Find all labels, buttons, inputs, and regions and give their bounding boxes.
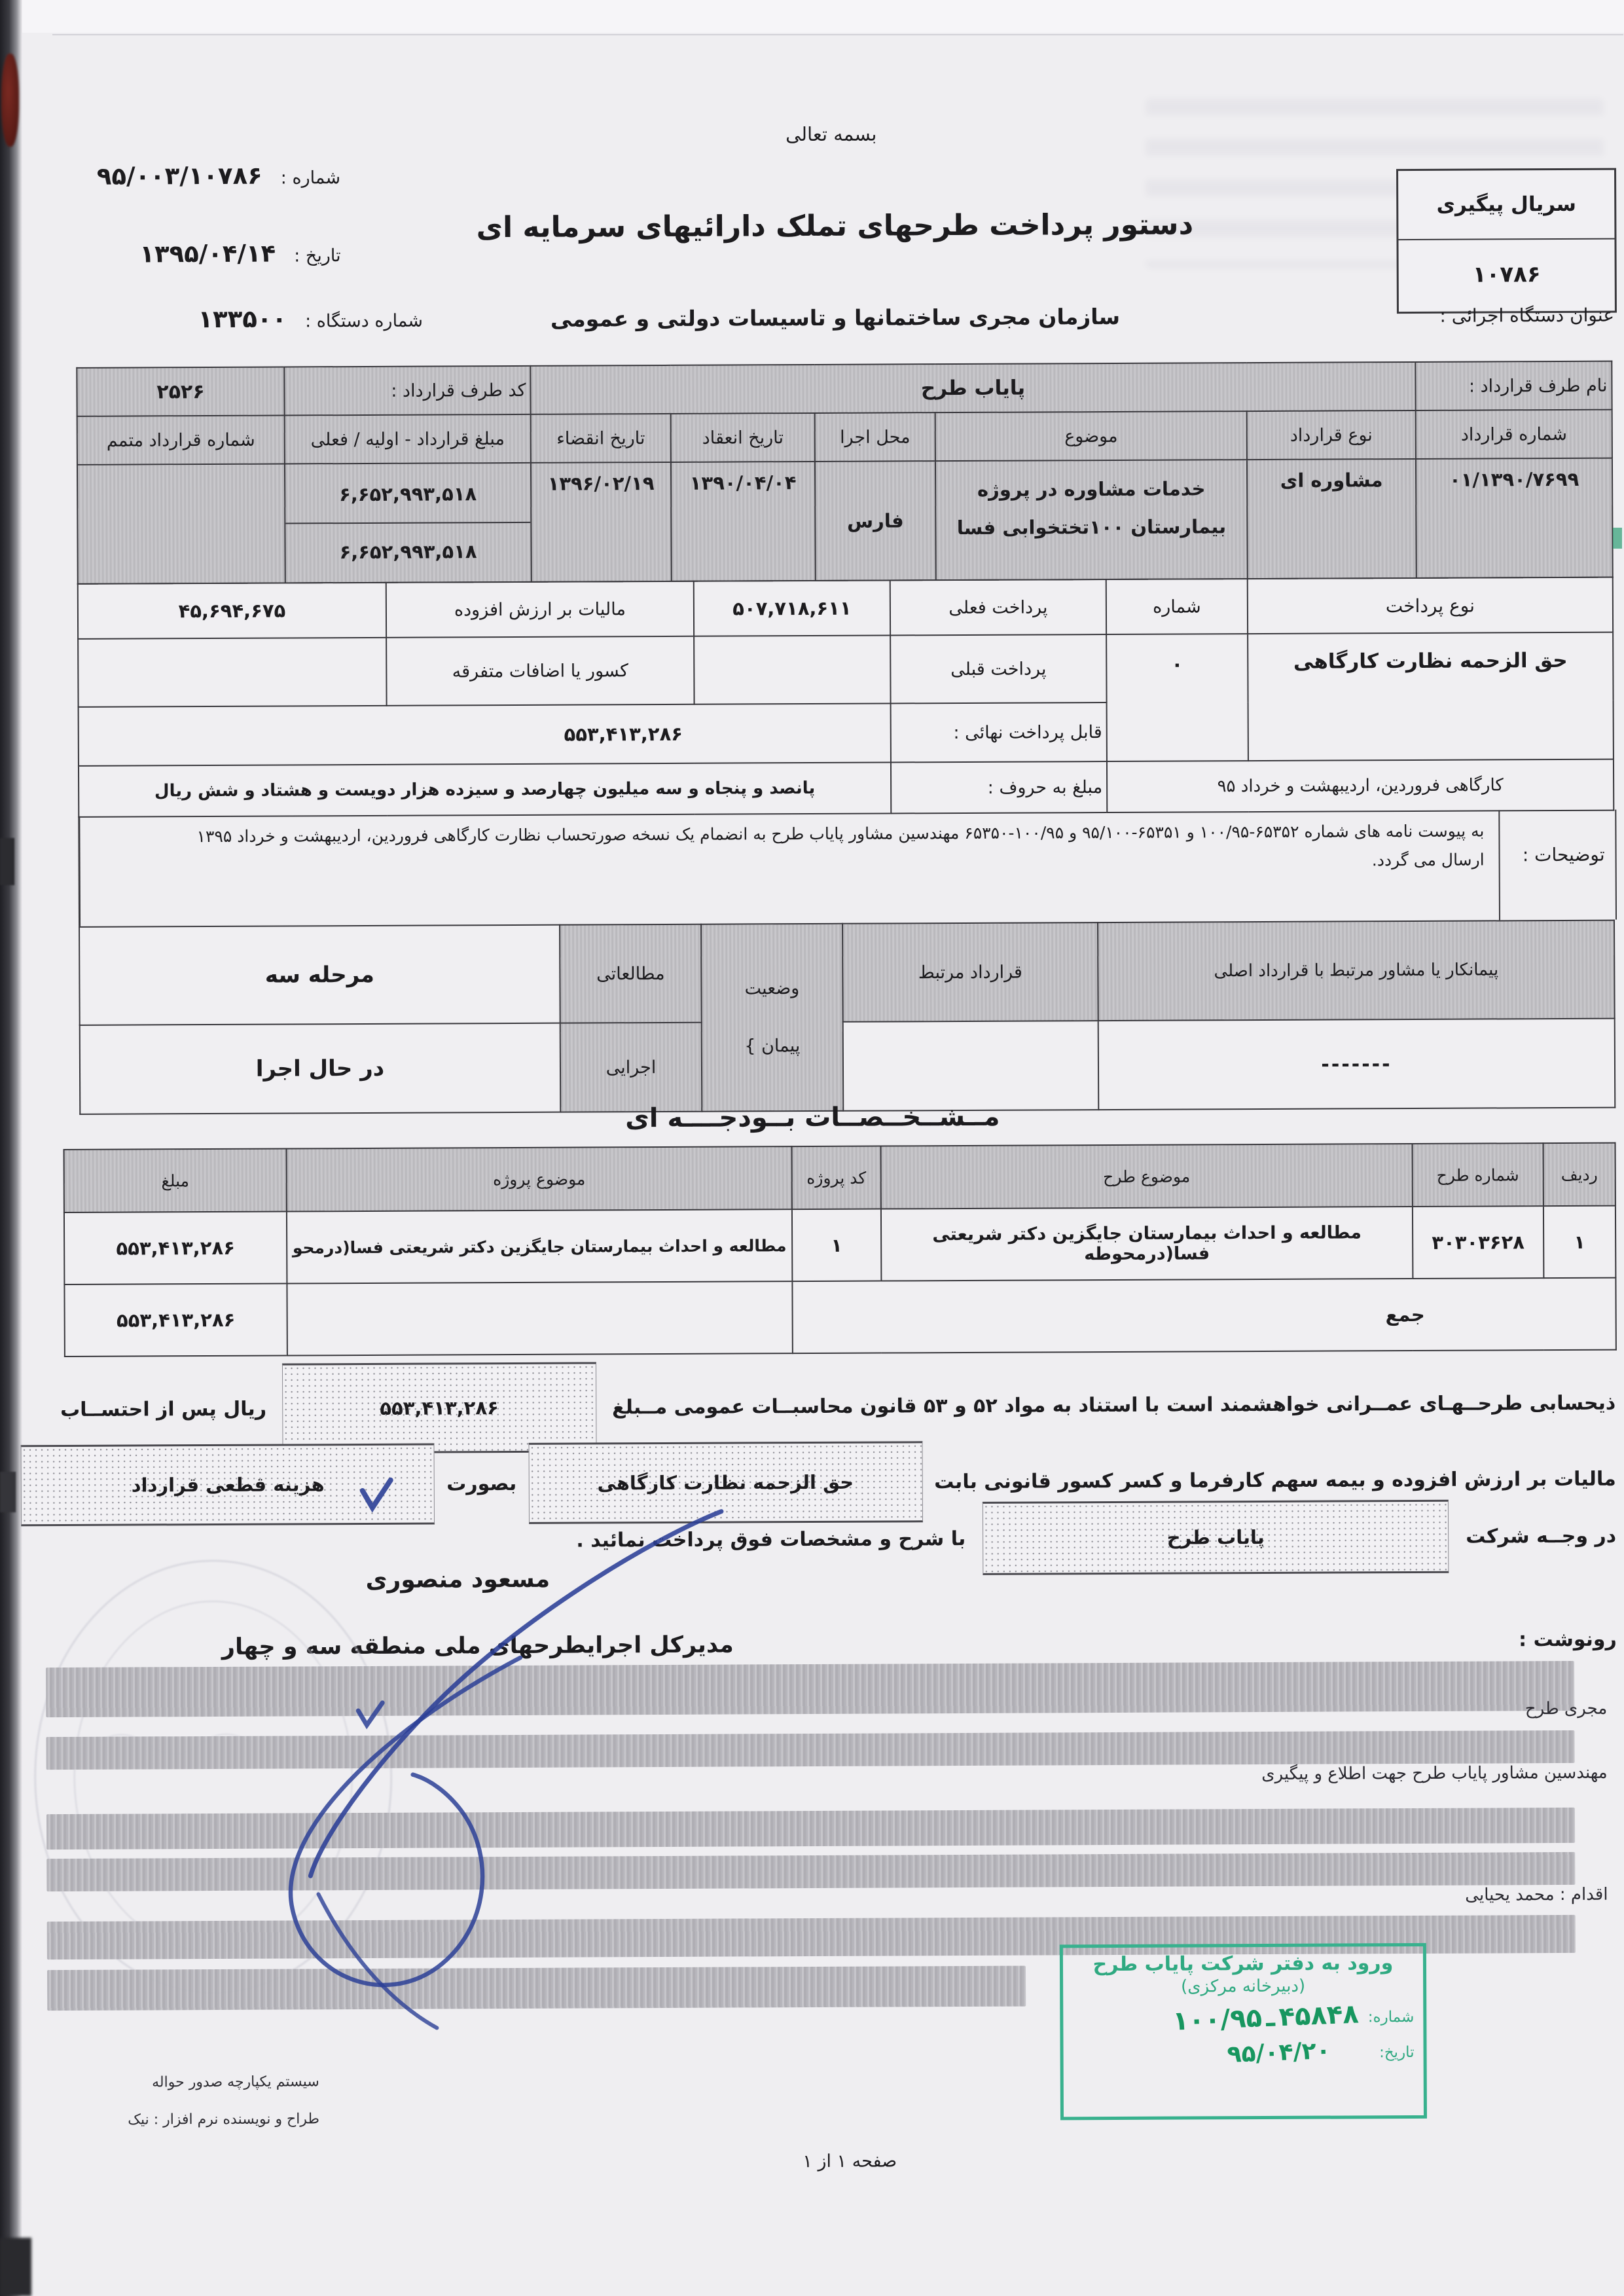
notes-label: توضیحات : [1507,844,1605,866]
scanned-payment-order-document: بسمه تعالی سریال پیگیری ۱۰۷۸۶ شماره : ۹۵… [0,0,1624,2296]
tracking-serial-label: سریال پیگیری [1398,170,1614,240]
scan-corner-shadow [0,2238,31,2296]
contract-type-header: نوع قرارداد [1247,410,1416,460]
budget-header-plan-no: شماره طرح [1413,1143,1543,1207]
contract-amount-header: مبلغ قرارداد - اولیه / فعلی [285,414,531,464]
budget-amount: ۵۵۳,۴۱۳,۲۸۶ [64,1212,287,1285]
budget-sum-value: ۵۵۳,۴۱۳,۲۸۶ [64,1284,287,1357]
contract-location-value: فارس [815,461,936,581]
contract-amount-cell: ۶,۶۵۲,۹۹۳,۵۱۸ ۶,۶۵۲,۹۹۳,۵۱۸ [285,463,532,583]
stamp-number-label: شماره: [1368,2009,1415,2026]
order-line1-tail: ریال پس از احتســاب [60,1397,266,1421]
page-title: دستور پرداخت طرحهای تملک دارائیهای سرمای… [389,208,1280,245]
software-credit-line2: طراح و نویسنده نرم افزار : نیک [103,2100,319,2139]
stamp-title: ورود به دفتر شرکت پایاب طرح [1072,1952,1414,1976]
notes-line2: ارسال می گردد. [92,845,1485,880]
budget-header-row-no: ردیف [1543,1143,1615,1206]
doc-date-row: تاریخ : ۱۳۹۵/۰۴/۱۴ [92,239,340,268]
bismillah-text: بسمه تعالی [740,122,923,145]
doc-date-value: ۱۳۹۵/۰۴/۱۴ [139,240,276,268]
budget-plan-subject: مطالعه و احداث بیمارستان جایگزین دکتر شر… [881,1207,1413,1281]
contract-exp-date-value: ۱۳۹۶/۰۲/۱۹ [531,462,672,582]
payment-vat-value: ۴۵,۶۹۴,۶۷۵ [78,583,386,639]
notes-line1: به پیوست نامه های شماره ۶۵۳۵۲-۱۰۰/۹۵ و ۶… [92,817,1484,852]
contract-type-value: مشاوره ای [1247,459,1416,579]
order-amount-box: ۵۵۳,۴۱۳,۲۸۶ [282,1362,597,1453]
contract-party-code-label: کد طرف قرارداد : [284,366,530,416]
status-consultant-value: ------- [1098,1019,1615,1110]
payment-type-value: حق الزحمه نظارت کارگاهی [1248,632,1614,761]
payment-final-label: قابل پرداخت نهائی : [891,702,1107,762]
budget-header-plan-subject: موضوع طرح [881,1144,1413,1209]
budget-header-project-subject: موضوع پروژه [287,1146,792,1211]
contract-location-header: محل اجرا [815,412,935,462]
budget-header-amount: مبلغ [64,1149,287,1212]
status-related-header: قرارداد مرتبط [842,922,1098,1022]
status-consultant-header: پیمانکار یا مشاور مرتبط با قرارداد اصلی [1098,920,1615,1021]
contract-subject-header: موضوع [935,411,1247,461]
payment-deductions-label: کسور یا اضافات متفرقه [386,636,694,706]
order-payee-box: پایاب طرح [983,1500,1449,1575]
contract-party-name-label: نام طرف قرارداد : [1415,361,1612,410]
stamp-subtitle: (دبیرخانه مرکزی) [1072,1976,1414,1997]
status-state-bottom: پیمان } [706,1036,839,1057]
stamp-number-part-b: ۴۵۸۴۸ [1278,1999,1360,2032]
contract-table: نام طرف قرارداد : پایاب طرح کد طرف قرارد… [76,361,1613,585]
company-entry-stamp: ورود به دفتر شرکت پایاب طرح (دبیرخانه مر… [1060,1943,1427,2120]
page-number: صفحه ۱ از ۱ [771,2151,928,2172]
payment-type-header: نوع پرداخت [1248,577,1613,634]
contract-party-name-value: پایاب طرح [530,362,1415,414]
scan-edge-red-mark [1,54,19,147]
payment-no-value: ۰ [1106,634,1248,761]
contract-sign-date-header: تاریخ انعقاد [671,413,815,462]
status-study-option: مطالعاتی [560,924,702,1023]
doc-number-value: ۹۵/۰۰۳/۱۰۷۸۶ [97,162,262,191]
payment-period-note: کارگاهی فروردین، اردیبهشت و خرداد ۹۵ [1107,759,1614,812]
scan-edge-mark [0,838,14,885]
payment-no-header: شماره [1106,579,1248,634]
notes-section: توضیحات : به پیوست نامه های شماره ۶۵۳۵۲-… [78,810,1617,926]
status-exec-option: اجرایی [560,1023,702,1112]
order-line3-text: در وجــه شرکت [1466,1524,1616,1548]
contract-sign-date-value: ۱۳۹۰/۰۴/۰۴ [671,462,816,581]
scan-edge-strip [0,0,22,2296]
notes-divider [1498,810,1500,920]
status-table: پیمانکار یا مشاور مرتبط با قرارداد اصلی … [79,920,1615,1115]
payment-table: نوع پرداخت شماره پرداخت فعلی ۵۰۷,۷۱۸,۶۱۱… [77,577,1615,818]
software-credit: سیستم یکپارچه صدور حواله طراح و نویسنده … [103,2063,319,2139]
status-state-cell: وضعیت پیمان } [701,924,843,1112]
contract-addendum-header: شماره قرارداد متمم [77,416,285,465]
payment-current-value: ۵۰۷,۷۱۸,۶۱۱ [694,580,890,636]
contract-exp-date-header: تاریخ انقضاء [531,414,671,463]
payment-vat-label: مالیات بر ارزش افزوده [386,581,694,638]
payment-words-label: مبلغ به حروف : [891,761,1107,813]
budget-sum-label: جمع [792,1278,1615,1353]
stamp-number-value: ۱۰۰/۹۵ ـ ۴۵۸۴۸ [1172,1999,1360,2036]
budget-plan-no: ۳۰۳۰۳۶۲۸ [1413,1206,1543,1279]
contract-amount-current: ۶,۶۵۲,۹۹۳,۵۱۸ [285,523,530,581]
software-credit-line1: سیستم یکپارچه صدور حواله [103,2063,319,2102]
stamp-date-label: تاریخ: [1379,2044,1415,2061]
budget-sum-empty [287,1281,792,1355]
stamp-number-part-a: ۱۰۰/۹۵ [1172,2003,1263,2036]
payment-words-value: پانصد و پنجاه و سه میلیون چهارصد و سیزده… [79,762,891,816]
payment-previous-label: پرداخت قبلی [890,634,1106,703]
budget-table: ردیف شماره طرح موضوع طرح کد پروژه موضوع … [63,1142,1617,1357]
stamp-date-value: ۹۵/۰۴/۲۰ [1227,2037,1331,2068]
device-number-label: شماره دستگاه : [305,311,423,332]
contract-no-value: ۰۱/۱۳۹۰/۷۶۹۹ [1416,458,1613,578]
budget-project-code: ۱ [792,1209,881,1282]
order-line1-text: ذیحسابی طرحــهـای عمــرانی خواهشمند است … [612,1391,1615,1419]
stamp-number-separator: ـ [1265,2002,1275,2033]
status-state-top: وضعیت [706,977,838,999]
budget-section-title: مــشــخــصــات بــودجــــه ای [367,1101,1257,1135]
payment-final-value: ۵۵۳,۴۱۳,۲۸۶ [79,703,891,765]
device-number-value: ۱۳۳۵۰۰ [198,304,287,333]
doc-date-label: تاریخ : [294,246,341,266]
contract-party-code-value: ۲۵۲۶ [77,367,284,416]
doc-number-label: شماره : [281,168,340,188]
contract-no-header: شماره قرارداد [1416,410,1612,459]
org-subtitle: سازمان مجری ساختمانها و تاسیسات دولتی و … [456,303,1215,332]
payment-previous-value [694,635,890,704]
device-number-row: شماره دستگاه : ۱۳۳۵۰۰ [96,304,423,334]
contract-addendum-value [77,464,285,584]
copy-to-label: رونوشت : [1499,1628,1617,1652]
document-content: بسمه تعالی سریال پیگیری ۱۰۷۸۶ شماره : ۹۵… [0,0,1624,2296]
cc-item: مجری طرح [1411,1699,1607,1719]
payment-current-label: پرداخت فعلی [890,579,1106,635]
contract-amount-initial: ۶,۶۵۲,۹۹۳,۵۱۸ [285,465,530,524]
budget-header-project-code: کد پروژه [792,1146,881,1210]
exec-agency-label: عنوان دستگاه اجرائی : [1362,304,1614,327]
signature-scribble [153,1473,745,2039]
status-progress-value: در حال اجرا [80,1023,561,1114]
budget-project-subject: مطالعه و احداث بیمارستان جایگزین دکتر شر… [287,1209,792,1283]
doc-number-row: شماره : ۹۵/۰۰۳/۱۰۷۸۶ [92,161,340,191]
order-line2-text: مالیات بر ارزش افزوده و بیمه سهم کارفرما… [934,1467,1616,1493]
tracking-serial-box: سریال پیگیری ۱۰۷۸۶ [1396,168,1617,314]
cc-item: اقدام : محمد یحیایی [1339,1885,1608,1906]
payment-deductions-value [78,638,386,707]
cc-item: مهندسین مشاور پایاب طرح جهت اطلاع و پیگی… [1051,1763,1608,1785]
budget-row-no: ۱ [1543,1206,1615,1278]
scan-green-mark [1613,528,1622,549]
status-related-value [843,1021,1099,1111]
contract-subject-value: خدمات مشاوره در پروژه بیمارستان ۱۰۰تختخو… [935,460,1248,580]
status-phase-value: مرحله سه [79,925,560,1025]
tracking-serial-value: ۱۰۷۸۶ [1398,240,1614,309]
scan-edge-mark [0,1472,16,1512]
